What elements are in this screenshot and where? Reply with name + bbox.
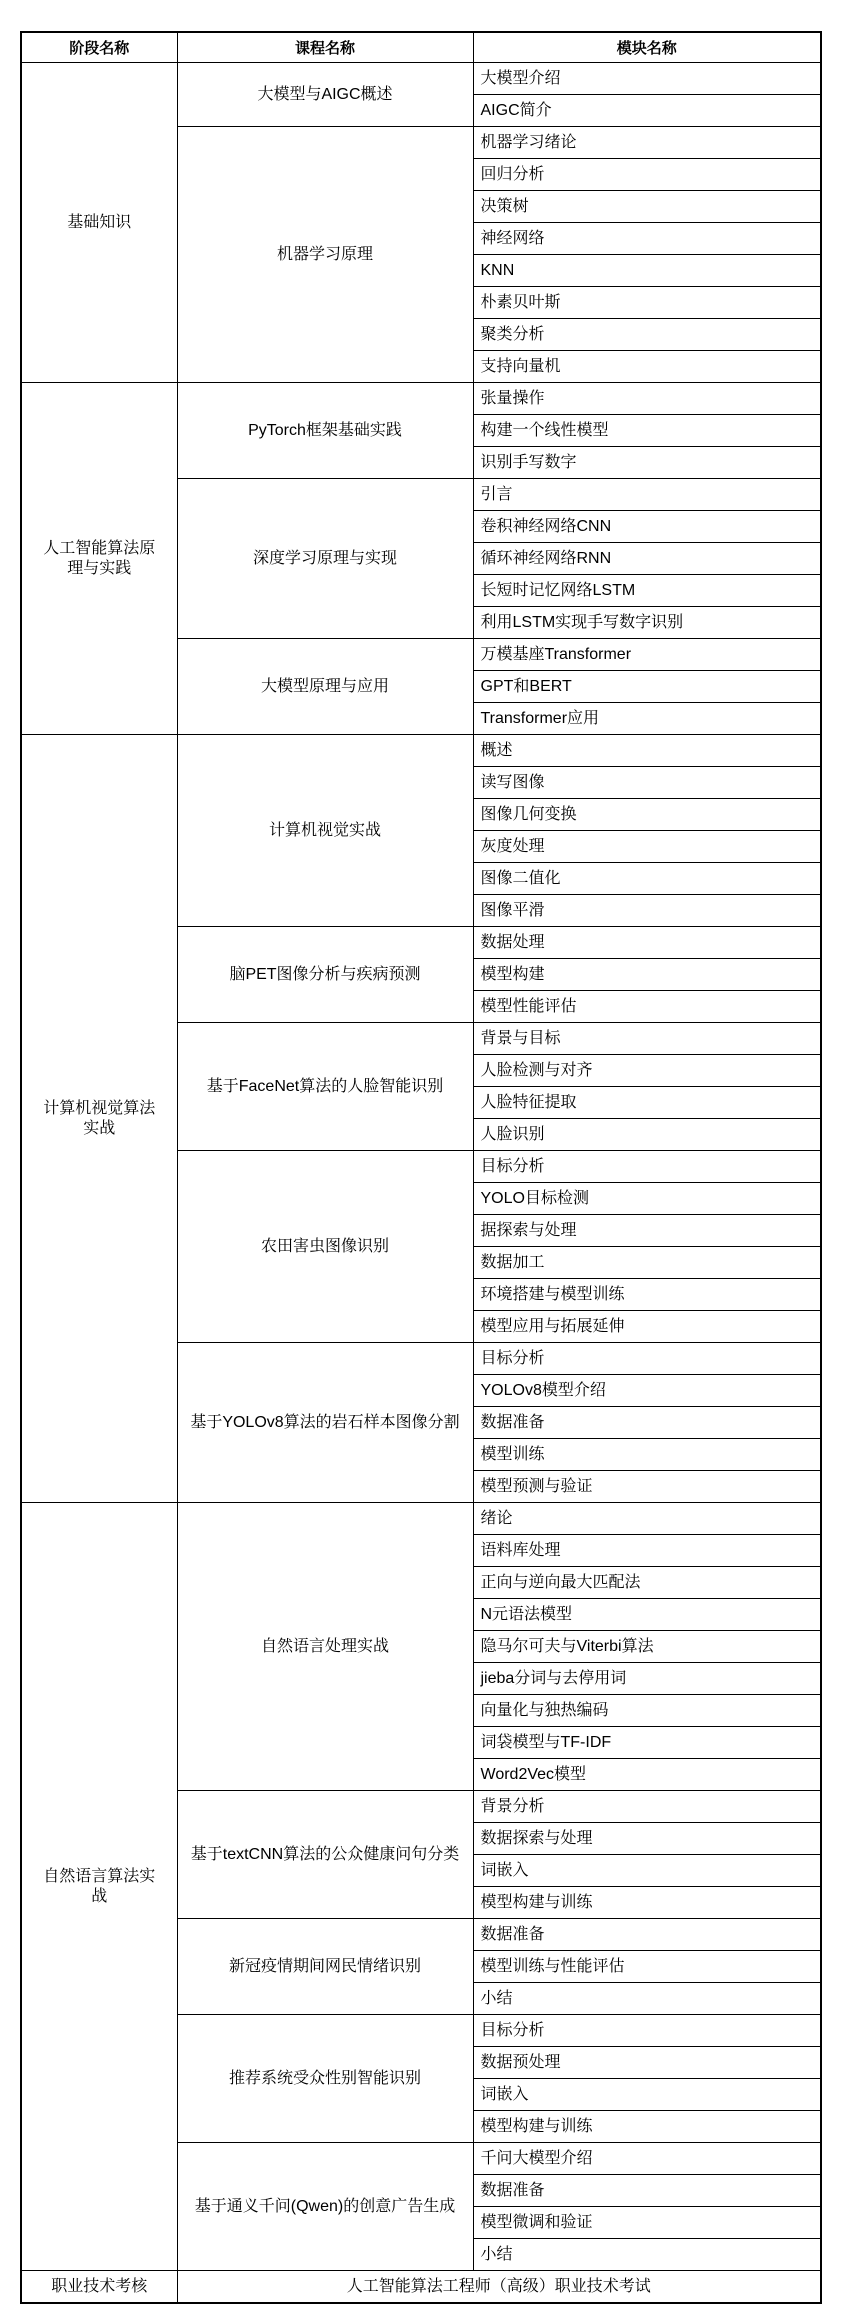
course-cell: 基于textCNN算法的公众健康问句分类 (177, 1791, 473, 1919)
footer-stage-cell: 职业技术考核 (21, 2271, 177, 2304)
module-cell: 模型构建与训练 (473, 2111, 821, 2143)
module-cell: 数据准备 (473, 1919, 821, 1951)
module-cell: 大模型介绍 (473, 63, 821, 95)
module-cell: 词袋模型与TF-IDF (473, 1727, 821, 1759)
module-cell: 数据准备 (473, 1407, 821, 1439)
module-cell: YOLO目标检测 (473, 1183, 821, 1215)
module-cell: 引言 (473, 479, 821, 511)
module-cell: 循环神经网络RNN (473, 543, 821, 575)
module-cell: 万模基座Transformer (473, 639, 821, 671)
col-header-module: 模块名称 (473, 32, 821, 63)
course-cell: 计算机视觉实战 (177, 735, 473, 927)
curriculum-page: 阶段名称 课程名称 模块名称 基础知识大模型与AIGC概述大模型介绍AIGC简介… (0, 0, 841, 2321)
module-cell: 语料库处理 (473, 1535, 821, 1567)
module-cell: 模型应用与拓展延伸 (473, 1311, 821, 1343)
module-cell: 背景与目标 (473, 1023, 821, 1055)
module-cell: 小结 (473, 2239, 821, 2271)
module-cell: 神经网络 (473, 223, 821, 255)
stage-cell: 计算机视觉算法实战 (21, 735, 177, 1503)
course-cell: 基于YOLOv8算法的岩石样本图像分割 (177, 1343, 473, 1503)
module-cell: 模型性能评估 (473, 991, 821, 1023)
module-cell: 数据准备 (473, 2175, 821, 2207)
module-cell: 环境搭建与模型训练 (473, 1279, 821, 1311)
module-cell: 目标分析 (473, 1343, 821, 1375)
module-cell: 张量操作 (473, 383, 821, 415)
course-cell: 机器学习原理 (177, 127, 473, 383)
module-cell: 目标分析 (473, 1151, 821, 1183)
module-cell: 词嵌入 (473, 2079, 821, 2111)
module-cell: 长短时记忆网络LSTM (473, 575, 821, 607)
module-cell: 千问大模型介绍 (473, 2143, 821, 2175)
module-cell: AIGC简介 (473, 95, 821, 127)
course-cell: 新冠疫情期间网民情绪识别 (177, 1919, 473, 2015)
table-row: 自然语言算法实战自然语言处理实战绪论 (21, 1503, 821, 1535)
module-cell: 词嵌入 (473, 1855, 821, 1887)
module-cell: 模型预测与验证 (473, 1471, 821, 1503)
module-cell: 据探索与处理 (473, 1215, 821, 1247)
course-cell: 农田害虫图像识别 (177, 1151, 473, 1343)
module-cell: 利用LSTM实现手写数字识别 (473, 607, 821, 639)
module-cell: 数据探索与处理 (473, 1823, 821, 1855)
course-cell: 推荐系统受众性别智能识别 (177, 2015, 473, 2143)
module-cell: Word2Vec模型 (473, 1759, 821, 1791)
course-cell: 大模型原理与应用 (177, 639, 473, 735)
module-cell: 人脸识别 (473, 1119, 821, 1151)
module-cell: 数据处理 (473, 927, 821, 959)
module-cell: 构建一个线性模型 (473, 415, 821, 447)
module-cell: Transformer应用 (473, 703, 821, 735)
module-cell: 朴素贝叶斯 (473, 287, 821, 319)
module-cell: 人脸检测与对齐 (473, 1055, 821, 1087)
module-cell: YOLOv8模型介绍 (473, 1375, 821, 1407)
table-row: 基础知识大模型与AIGC概述大模型介绍 (21, 63, 821, 95)
module-cell: 小结 (473, 1983, 821, 2015)
course-cell: 基于FaceNet算法的人脸智能识别 (177, 1023, 473, 1151)
module-cell: 模型训练 (473, 1439, 821, 1471)
stage-cell: 人工智能算法原理与实践 (21, 383, 177, 735)
module-cell: 模型微调和验证 (473, 2207, 821, 2239)
module-cell: 绪论 (473, 1503, 821, 1535)
module-cell: 隐马尔可夫与Viterbi算法 (473, 1631, 821, 1663)
module-cell: N元语法模型 (473, 1599, 821, 1631)
module-cell: 卷积神经网络CNN (473, 511, 821, 543)
module-cell: 背景分析 (473, 1791, 821, 1823)
module-cell: 读写图像 (473, 767, 821, 799)
course-cell: 深度学习原理与实现 (177, 479, 473, 639)
module-cell: 模型构建与训练 (473, 1887, 821, 1919)
module-cell: 图像平滑 (473, 895, 821, 927)
module-cell: 概述 (473, 735, 821, 767)
curriculum-table: 阶段名称 课程名称 模块名称 基础知识大模型与AIGC概述大模型介绍AIGC简介… (20, 31, 822, 2304)
module-cell: jieba分词与去停用词 (473, 1663, 821, 1695)
stage-cell: 基础知识 (21, 63, 177, 383)
header-row: 阶段名称 课程名称 模块名称 (21, 32, 821, 63)
course-cell: PyTorch框架基础实践 (177, 383, 473, 479)
col-header-stage: 阶段名称 (21, 32, 177, 63)
module-cell: 聚类分析 (473, 319, 821, 351)
table-row: 人工智能算法原理与实践PyTorch框架基础实践张量操作 (21, 383, 821, 415)
module-cell: 目标分析 (473, 2015, 821, 2047)
module-cell: 回归分析 (473, 159, 821, 191)
module-cell: 模型构建 (473, 959, 821, 991)
module-cell: 图像几何变换 (473, 799, 821, 831)
module-cell: 图像二值化 (473, 863, 821, 895)
module-cell: 数据加工 (473, 1247, 821, 1279)
module-cell: GPT和BERT (473, 671, 821, 703)
course-cell: 自然语言处理实战 (177, 1503, 473, 1791)
footer-row: 职业技术考核 人工智能算法工程师（高级）职业技术考试 (21, 2271, 821, 2304)
module-cell: 数据预处理 (473, 2047, 821, 2079)
module-cell: 机器学习绪论 (473, 127, 821, 159)
module-cell: 灰度处理 (473, 831, 821, 863)
col-header-course: 课程名称 (177, 32, 473, 63)
course-cell: 脑PET图像分析与疾病预测 (177, 927, 473, 1023)
module-cell: 向量化与独热编码 (473, 1695, 821, 1727)
module-cell: 识别手写数字 (473, 447, 821, 479)
module-cell: 支持向量机 (473, 351, 821, 383)
module-cell: 模型训练与性能评估 (473, 1951, 821, 1983)
module-cell: 决策树 (473, 191, 821, 223)
module-cell: 人脸特征提取 (473, 1087, 821, 1119)
module-cell: 正向与逆向最大匹配法 (473, 1567, 821, 1599)
course-cell: 基于通义千问(Qwen)的创意广告生成 (177, 2143, 473, 2271)
table-row: 计算机视觉算法实战计算机视觉实战概述 (21, 735, 821, 767)
stage-cell: 自然语言算法实战 (21, 1503, 177, 2271)
footer-exam-cell: 人工智能算法工程师（高级）职业技术考试 (177, 2271, 821, 2304)
module-cell: KNN (473, 255, 821, 287)
course-cell: 大模型与AIGC概述 (177, 63, 473, 127)
